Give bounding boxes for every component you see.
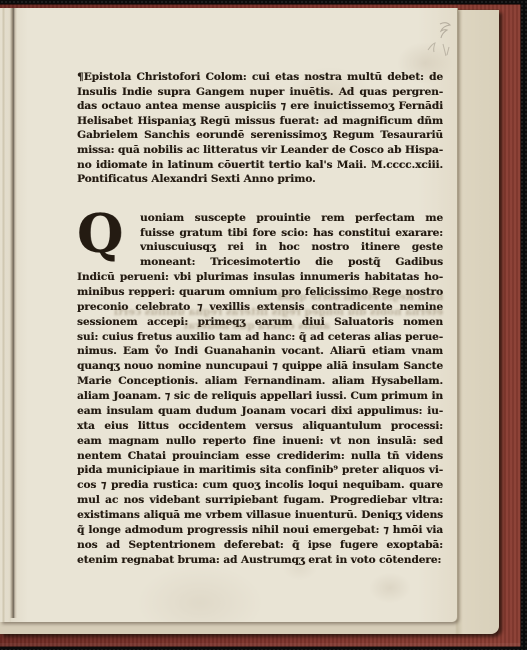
page-leaf: ¶Epistola Christofori Colom: cui etas no… [0,8,457,622]
body-line: etenim regnabat bruma: ad Austrumqʒ erat… [77,553,443,568]
body-line: sui: cuius fretus auxilio tam ad hanc: q… [77,330,443,345]
heading-line: missa: quā nobilis ac litteratus vir Lea… [77,143,443,158]
heading-line: das octauo antea mense auspiciis ⁊ ere i… [77,99,443,114]
body-line: Indicū perueni: vbi plurimas insulas inn… [77,270,443,285]
body-line: cos ⁊ predia rustica: cum quoʒ incolis l… [77,478,443,493]
heading-line: ¶Epistola Christofori Colom: cui etas no… [77,70,443,85]
heading-line: no idiomate in latinum cōuertit tertio k… [77,158,443,173]
body-line: moneant: Tricesimotertio die postq̃ Gadi… [140,255,443,270]
heading-line: Helisabet Hispaniaʒ Regū missus fuerat: … [77,114,443,129]
body-line: nos ad Septentrionem deferebat: q̃ ipse … [77,538,443,553]
body-line: sessionem accepi: primeqʒ earum diui Sal… [77,315,443,330]
heading-line: Gabrielem Sanchis eorundē serenissimoʒ R… [77,128,443,143]
body-line: Marie Conceptionis. aliam Fernandinam. a… [77,374,443,389]
body-line: uoniam suscepte prouintie rem perfectam … [140,211,443,226]
heading-line: Insulis Indie supra Gangem nuper inuētis… [77,85,443,100]
body-line: existimans aliquā me vrbem villasue inue… [77,508,443,523]
body-line: xta eius littus occidentem versus aliqua… [77,419,443,434]
gutter-shadow [10,8,17,618]
text-block: ¶Epistola Christofori Colom: cui etas no… [77,70,443,567]
body-line: eam magnam nullo reperto fine inueni: vt… [77,434,443,449]
body-paragraph: Q uoniam suscepte prouintie rem perfecta… [77,211,443,568]
body-line: aliam Joanam. ⁊ sic de reliquis appellar… [77,389,443,404]
photographed-book-page: ¶Epistola Christofori Colom: cui etas no… [0,0,527,650]
body-line: vniuscuiusqʒ rei in hoc nostro itinere g… [140,240,443,255]
body-line: pida municipiaue in maritimis sita confi… [77,463,443,478]
incipit-heading: ¶Epistola Christofori Colom: cui etas no… [77,70,443,187]
heading-line: Pontificatus Alexandri Sexti Anno primo. [77,172,443,187]
body-line: q̃ longe admodum progressis nihil noui e… [77,523,443,538]
body-line: minibus repperi: quarum omnium pro felic… [77,285,443,300]
body-line: nentem Chatai prouinciam esse crediderim… [77,449,443,464]
body-line: mul ac nos videbant surripiebant fugam. … [77,493,443,508]
body-line: preconio celebrato ⁊ vexillis extensis c… [77,300,443,315]
pencil-inscription-mark [418,20,470,68]
body-line: quanqʒ nouo nomine nuncupaui ⁊ quippe al… [77,359,443,374]
body-line: nimus. Eam v̊o Indi Guanahanin vocant. A… [77,344,443,359]
drop-cap-initial: Q [77,211,136,256]
body-line: fuisse gratum tibi fore scio: has consti… [140,226,443,241]
body-line: eam insulam quam dudum Joanam vocari dix… [77,404,443,419]
